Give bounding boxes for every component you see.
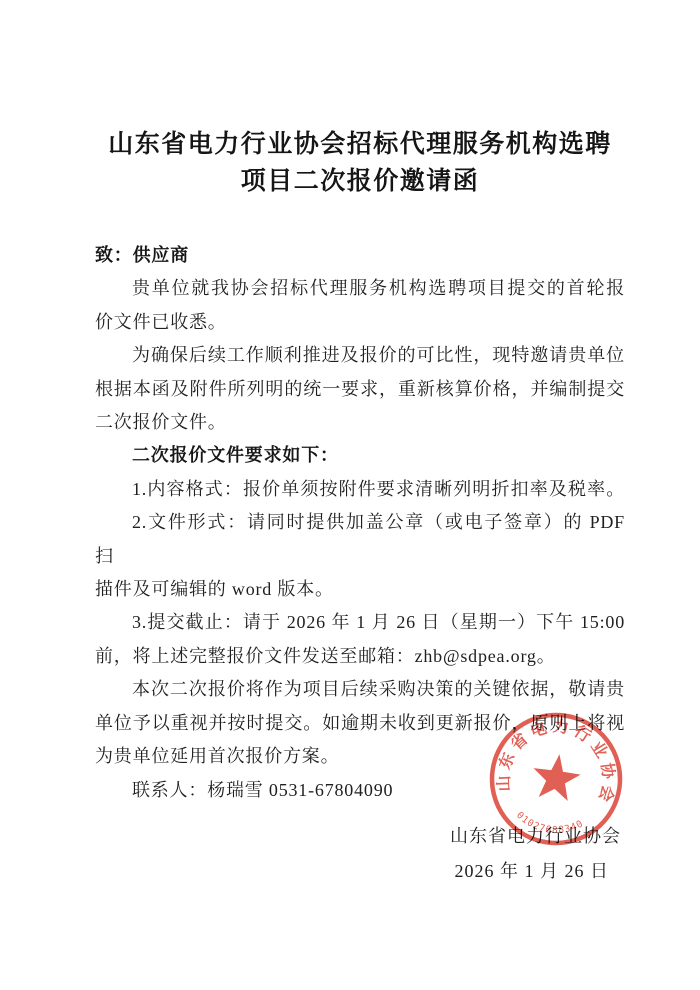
body-line: 前，将上述完整报价文件发送至邮箱：zhb@sdpea.org。: [95, 640, 625, 673]
body-line: 根据本函及附件所列明的统一要求，重新核算价格，并编制提交: [95, 373, 625, 406]
signature-block: 山东省电力行业协会 2026 年 1 月 26 日: [95, 819, 625, 889]
body-line: 本次二次报价将作为项目后续采购决策的关键依据，敬请贵: [95, 673, 625, 706]
contact-line: 联系人：杨瑞雪 0531-67804090: [95, 774, 625, 807]
salutation: 致：供应商: [95, 239, 625, 272]
title-line-2: 项目二次报价邀请函: [95, 163, 625, 200]
title-line-1: 山东省电力行业协会招标代理服务机构选聘: [95, 126, 625, 163]
body-line: 价文件已收悉。: [95, 306, 625, 339]
letter-body: 致：供应商 贵单位就我协会招标代理服务机构选聘项目提交的首轮报 价文件已收悉。 …: [95, 239, 625, 807]
signature-date: 2026 年 1 月 26 日: [95, 854, 625, 889]
body-line: 描件及可编辑的 word 版本。: [95, 573, 625, 606]
signature-org: 山东省电力行业协会: [95, 819, 625, 854]
document-title: 山东省电力行业协会招标代理服务机构选聘 项目二次报价邀请函: [95, 126, 625, 200]
body-line: 为确保后续工作顺利推进及报价的可比性，现特邀请贵单位: [95, 339, 625, 372]
requirement-item-2: 2.文件形式：请同时提供加盖公章（或电子签章）的 PDF 扫: [95, 506, 625, 573]
requirements-heading: 二次报价文件要求如下：: [95, 439, 625, 472]
body-line: 为贵单位延用首次报价方案。: [95, 740, 625, 773]
body-line: 单位予以重视并按时提交。如逾期未收到更新报价，原则上将视: [95, 707, 625, 740]
document-page: 山东省电力行业协会招标代理服务机构选聘 项目二次报价邀请函 致：供应商 贵单位就…: [0, 0, 700, 990]
requirement-item-3: 3.提交截止：请于 2026 年 1 月 26 日（星期一）下午 15:00: [95, 606, 625, 639]
body-line: 二次报价文件。: [95, 406, 625, 439]
requirement-item-1: 1.内容格式：报价单须按附件要求清晰列明折扣率及税率。: [95, 473, 625, 506]
body-line: 贵单位就我协会招标代理服务机构选聘项目提交的首轮报: [95, 272, 625, 305]
